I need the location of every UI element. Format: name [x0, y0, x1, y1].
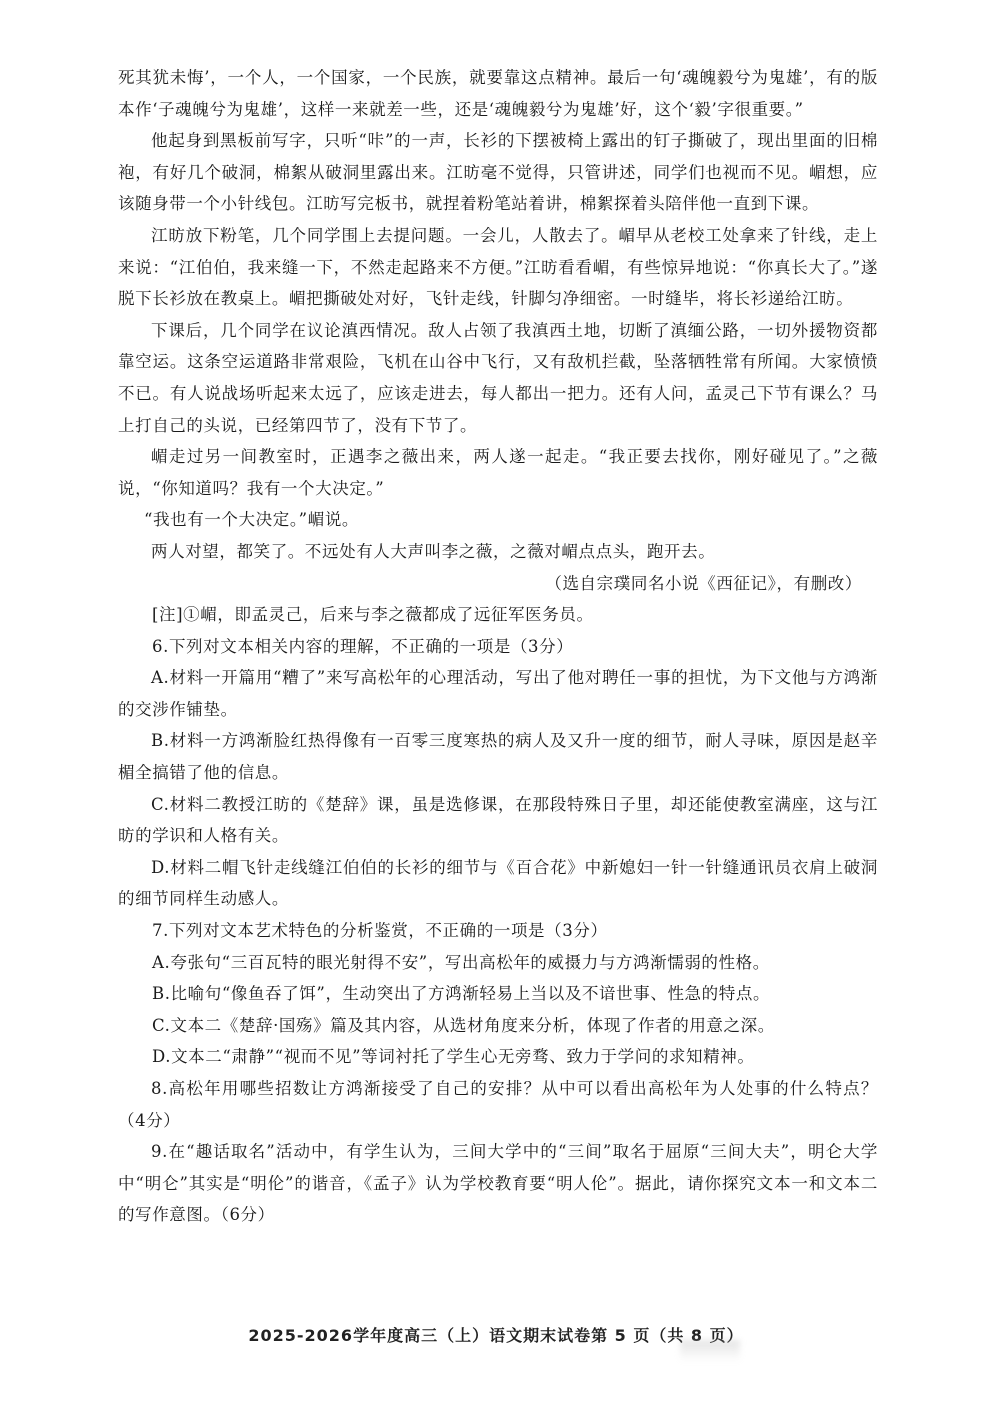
question-7: 7.下列对文本艺术特色的分析鉴赏，不正确的一项是（3分） A.夸张句“三百瓦特的…: [118, 915, 878, 1073]
exam-page-body: 死其犹未悔’，一个人，一个国家，一个民族，就要靠这点精神。最后一句‘魂魄毅兮为鬼…: [118, 62, 878, 1231]
passage-paragraph-4: 下课后，几个同学在议论滇西情况。敌人占领了我滇西土地，切断了滇缅公路，一切外援物…: [118, 315, 878, 441]
watermark-smudge: [680, 1340, 740, 1362]
passage-paragraph-7: 两人对望，都笑了。不远处有人大声叫李之薇，之薇对嵋点点头，跑开去。: [118, 536, 878, 568]
question-6-option-a: A.材料一开篇用“糟了”来写高松年的心理活动，写出了他对聘任一事的担忧，为下文他…: [118, 662, 878, 725]
passage-paragraph-2: 他起身到黑板前写字，只听“咔”的一声，长衫的下摆被椅上露出的钉子撕破了，现出里面…: [118, 125, 878, 220]
question-6-option-d: D.材料二帽飞针走线缝江伯伯的长衫的细节与《百合花》中新媳妇一针一针缝通讯员衣肩…: [118, 852, 878, 915]
question-6-stem: 6.下列对文本相关内容的理解，不正确的一项是（3分）: [118, 631, 878, 663]
question-7-stem: 7.下列对文本艺术特色的分析鉴赏，不正确的一项是（3分）: [118, 915, 878, 947]
reading-passage: 死其犹未悔’，一个人，一个国家，一个民族，就要靠这点精神。最后一句‘魂魄毅兮为鬼…: [118, 62, 878, 631]
question-7-option-b: B.比喻句“像鱼吞了饵”，生动突出了方鸿渐轻易上当以及不谙世事、性急的特点。: [118, 978, 878, 1010]
page-footer: 2025-2026学年度高三（上）语文期末试卷第 5 页（共 8 页）: [0, 1323, 992, 1346]
question-9-stem: 9.在“趣话取名”活动中，有学生认为，三间大学中的“三间”取名于屈原“三间大夫”…: [118, 1136, 878, 1231]
question-7-option-d: D.文本二“肃静”“视而不见”等词衬托了学生心无旁骛、致力于学问的求知精神。: [118, 1041, 878, 1073]
passage-paragraph-6: “我也有一个大决定。”嵋说。: [118, 504, 878, 536]
question-6-option-c: C.材料二教授江昉的《楚辞》课，虽是选修课，在那段特殊日子里，却还能使教室满座，…: [118, 789, 878, 852]
passage-paragraph-3: 江昉放下粉笔，几个同学围上去提问题。一会儿，人散去了。嵋早从老校工处拿来了针线，…: [118, 220, 878, 315]
question-7-option-a: A.夸张句“三百瓦特的眼光射得不安”，写出高松年的威摄力与方鸿渐懦弱的性格。: [118, 947, 878, 979]
passage-paragraph-5: 嵋走过另一间教室时，正遇李之薇出来，两人遂一起走。“我正要去找你，刚好碰见了。”…: [118, 441, 878, 504]
question-6-option-b: B.材料一方鸿渐脸红热得像有一百零三度寒热的病人及又升一度的细节，耐人寻味，原因…: [118, 725, 878, 788]
passage-footnote: [注]①嵋，即孟灵己，后来与李之薇都成了远征军医务员。: [118, 599, 878, 631]
question-9: 9.在“趣话取名”活动中，有学生认为，三间大学中的“三间”取名于屈原“三间大夫”…: [118, 1136, 878, 1231]
question-8-stem: 8.高松年用哪些招数让方鸿渐接受了自己的安排？从中可以看出高松年为人处事的什么特…: [118, 1073, 878, 1136]
question-7-option-c: C.文本二《楚辞·国殇》篇及其内容，从选材角度来分析，体现了作者的用意之深。: [118, 1010, 878, 1042]
question-6: 6.下列对文本相关内容的理解，不正确的一项是（3分） A.材料一开篇用“糟了”来…: [118, 631, 878, 915]
passage-source-citation: （选自宗璞同名小说《西征记》，有删改）: [118, 568, 878, 600]
question-8: 8.高松年用哪些招数让方鸿渐接受了自己的安排？从中可以看出高松年为人处事的什么特…: [118, 1073, 878, 1136]
passage-paragraph-1: 死其犹未悔’，一个人，一个国家，一个民族，就要靠这点精神。最后一句‘魂魄毅兮为鬼…: [118, 62, 878, 125]
